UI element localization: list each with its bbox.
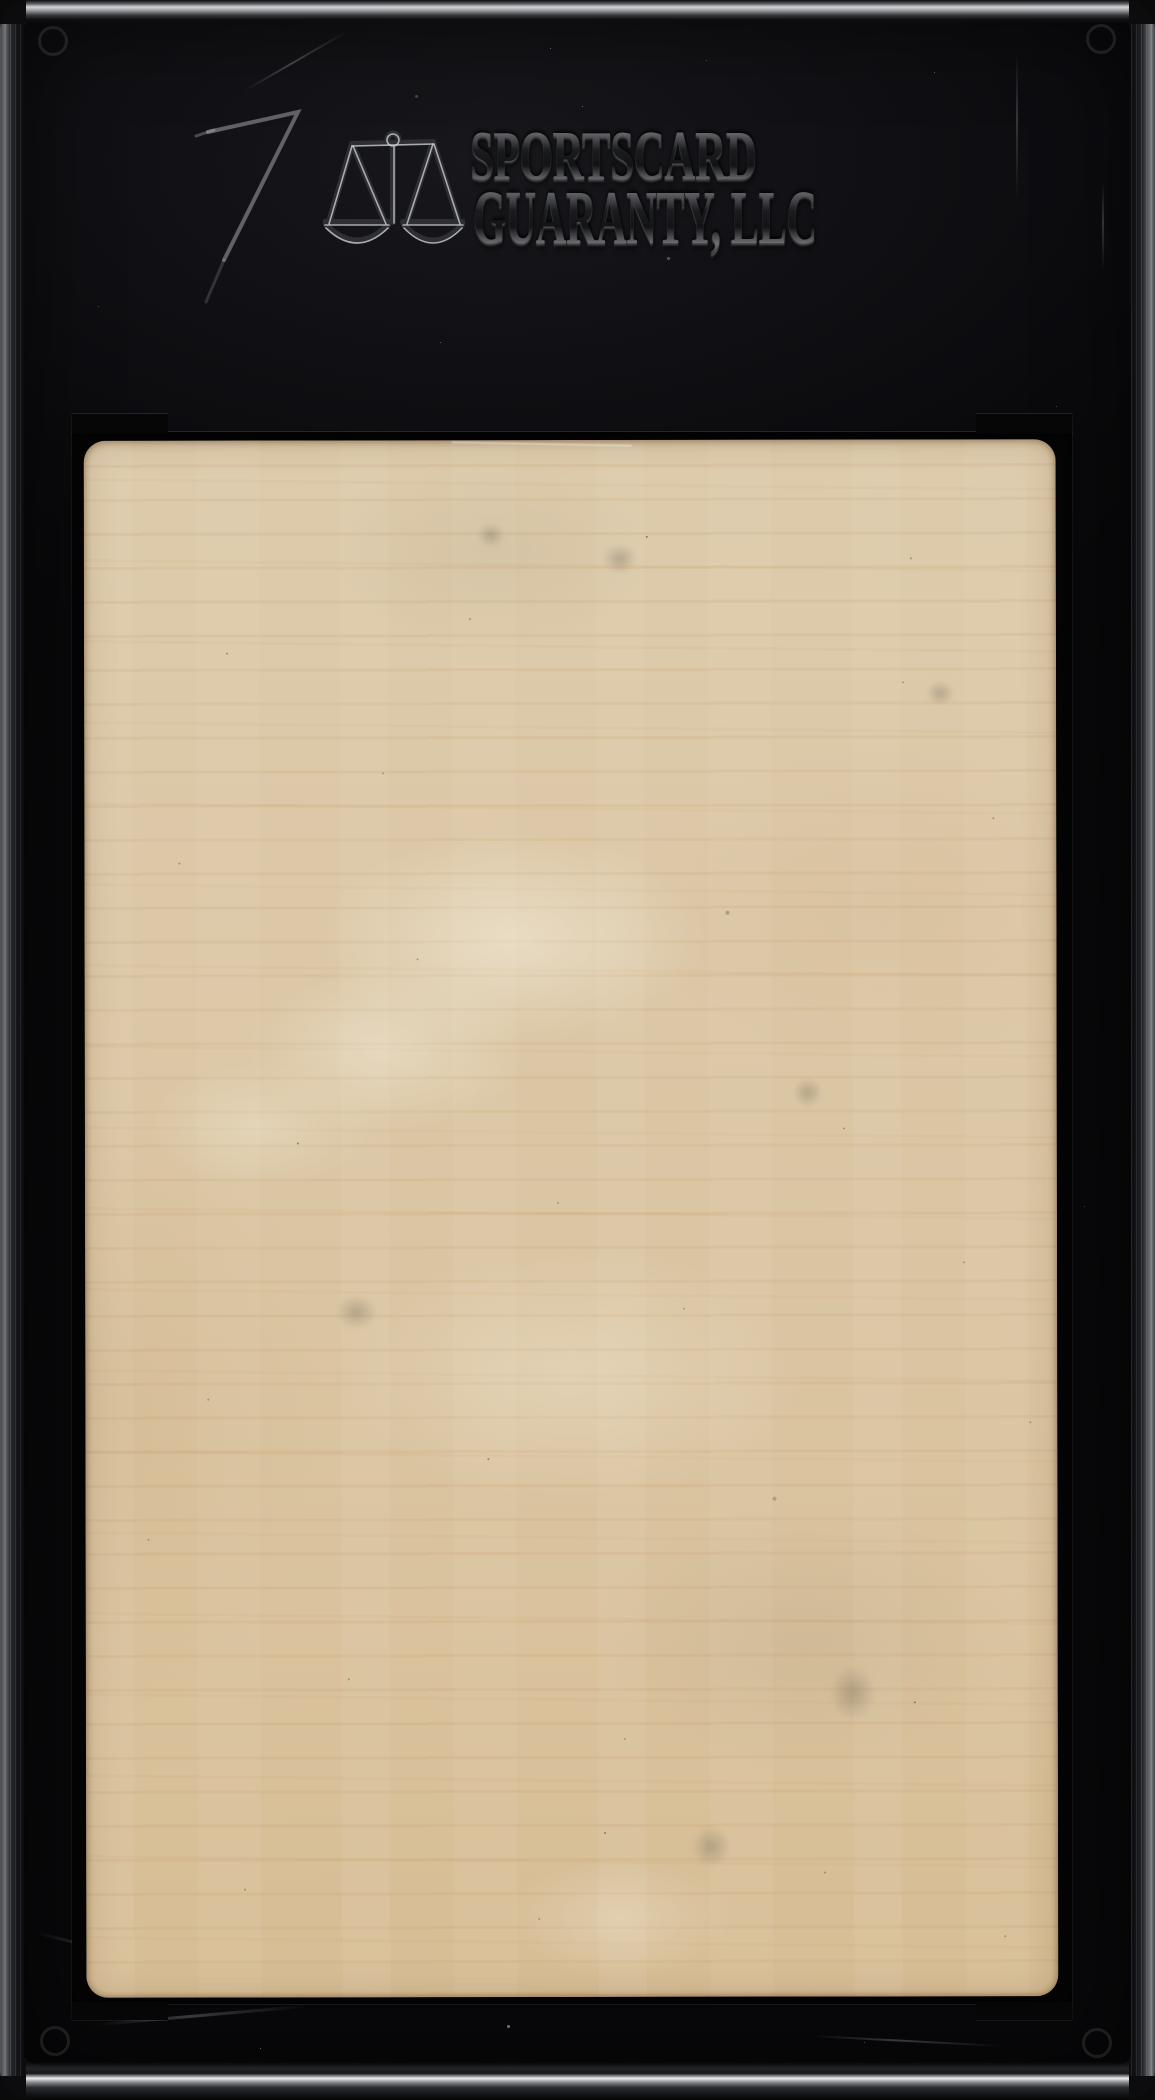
card-back — [84, 439, 1059, 1998]
smudge — [920, 675, 960, 711]
smudge — [596, 538, 644, 580]
scuff-mark — [1102, 182, 1104, 272]
corner-post — [40, 2026, 70, 2056]
scales-of-justice-icon — [323, 130, 465, 256]
smudge — [327, 1288, 385, 1336]
scuff-mark — [1016, 52, 1018, 202]
corner-post — [1082, 2028, 1112, 2058]
smudge — [684, 1818, 738, 1876]
smudge — [821, 1654, 885, 1730]
card-speckles — [84, 441, 86, 443]
window-notch — [72, 414, 168, 434]
graded-card-slab: SPORTSCARD GUARANTY, LLC — [0, 0, 1155, 2100]
window-notch — [72, 2002, 168, 2020]
corner-post — [38, 26, 68, 56]
crease-mark — [452, 441, 632, 452]
dust-specks — [0, 0, 1, 1]
smudge — [472, 518, 510, 552]
smudge — [787, 1072, 829, 1114]
window-notch — [976, 2002, 1072, 2020]
brand-line-2: GUARANTY, LLC — [473, 180, 817, 256]
corner-post — [1086, 24, 1116, 54]
window-notch — [976, 414, 1072, 434]
